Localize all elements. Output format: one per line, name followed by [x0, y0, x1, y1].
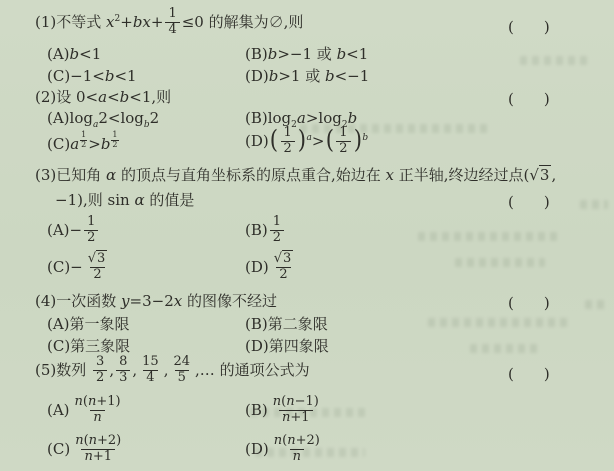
bleedthrough-smudge [470, 344, 540, 353]
question-5-option-d: (D)n(n+2)n [245, 435, 325, 465]
question-2-stem: (2)设 0<a<b<1,则 [35, 88, 171, 108]
question-1-option-c: (C)−1<b<1 [47, 67, 137, 87]
question-3-stem-line-2: −1),则 sin α 的值是 [55, 191, 194, 211]
answer-bracket-q1: ( ) [508, 16, 550, 37]
question-2-option-d: (D)(12)a>(12)b [245, 127, 368, 157]
question-4-option-a: (A)第一象限 [47, 315, 130, 335]
question-3-option-c: (C)−√32 [47, 253, 112, 283]
bleedthrough-smudge [585, 300, 609, 309]
answer-bracket-q4: ( ) [508, 292, 550, 313]
question-4-stem: (4)一次函数 y=3−2x 的图像不经过 [35, 292, 277, 312]
question-1-option-d: (D)b>1 或 b<−1 [245, 67, 369, 87]
question-1-option-b: (B)b>−1 或 b<1 [245, 45, 368, 65]
question-5-option-a: (A)n(n+1)n [47, 396, 126, 426]
bleedthrough-smudge [418, 232, 558, 241]
question-3-option-d: (D)√32 [245, 253, 298, 283]
answer-bracket-q3: ( ) [508, 191, 550, 212]
question-3-stem-line-1: (3)已知角 α 的顶点与直角坐标系的原点重合,始边在 x 正半轴,终边经过点(… [35, 166, 556, 186]
question-4-option-b: (B)第二象限 [245, 315, 328, 335]
question-3-option-a: (A)−12 [47, 216, 100, 246]
answer-bracket-q5: ( ) [508, 363, 550, 384]
question-4-option-c: (C)第三象限 [47, 337, 130, 357]
question-3-option-b: (B)12 [245, 216, 286, 246]
bleedthrough-smudge [520, 56, 590, 65]
question-1-stem: (1)不等式 x2+bx+14≤0 的解集为∅,则 [35, 8, 303, 38]
question-1-option-a: (A)b<1 [47, 45, 101, 65]
bleedthrough-smudge [580, 200, 608, 209]
question-4-option-d: (D)第四象限 [245, 337, 329, 357]
question-2-option-c: (C)a12>b12 [47, 131, 120, 154]
question-5-option-c: (C)n(n+2)n+1 [47, 435, 126, 465]
bleedthrough-smudge [428, 318, 568, 327]
question-5-option-b: (B)n(n−1)n+1 [245, 396, 324, 426]
exam-page: (1)不等式 x2+bx+14≤0 的解集为∅,则 ( ) (A)b<1 (B)… [0, 0, 614, 471]
answer-bracket-q2: ( ) [508, 88, 550, 109]
question-2-option-a: (A)loga2<logb2 [47, 109, 159, 130]
question-5-stem: (5)数列 32,83,154,245,… 的通项公式为 [35, 356, 310, 386]
bleedthrough-smudge [455, 258, 545, 267]
